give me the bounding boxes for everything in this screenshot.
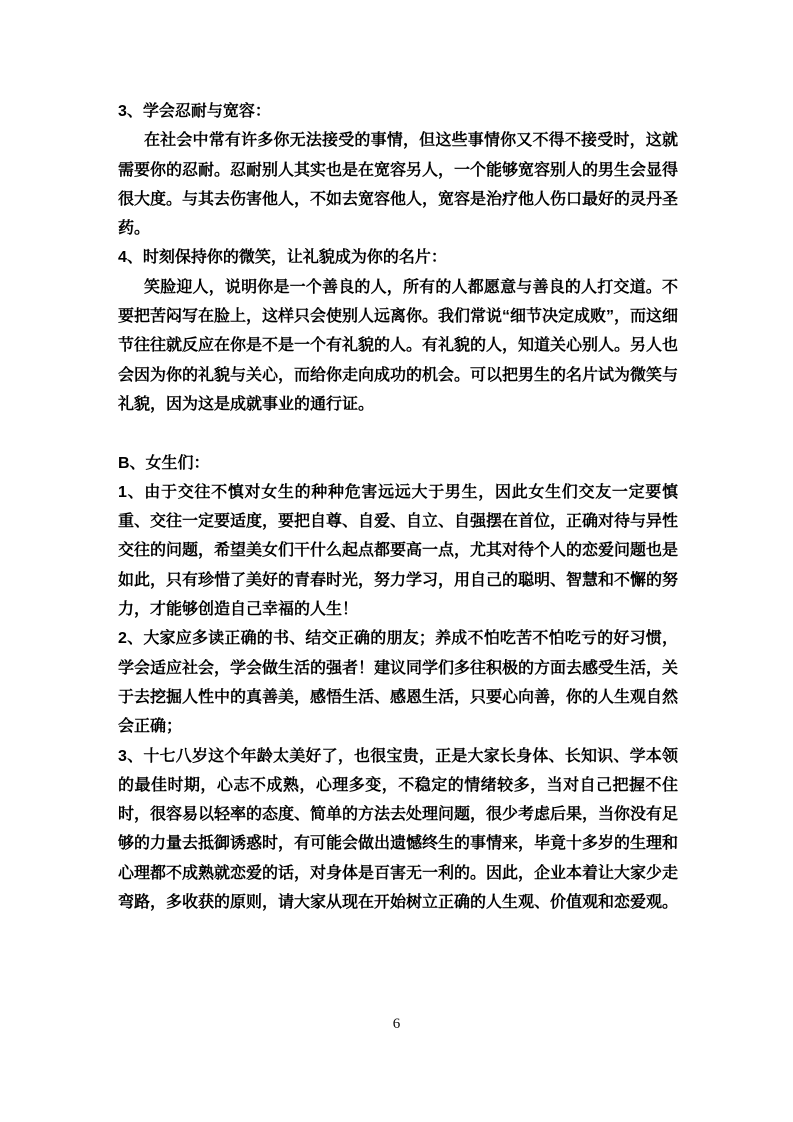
- document-body: 3、学会忍耐与宽容： 在社会中常有许多你无法接受的事情，但这些事情你又不得不接受…: [118, 97, 678, 917]
- page-number: 6: [0, 1016, 793, 1033]
- section-heading-3: 3、学会忍耐与宽容：: [118, 97, 678, 126]
- paragraph-section-4: 笑脸迎人，说明你是一个善良的人，所有的人都愿意与善良的人打交道。不要把苦闷写在脸…: [118, 273, 678, 419]
- paragraph-b-item-2: 2、大家应多读正确的书、结交正确的朋友；养成不怕吃苦不怕吃亏的好习惯，学会适应社…: [118, 624, 678, 741]
- section-heading-b-girls: B、女生们：: [118, 449, 678, 478]
- paragraph-b-item-3: 3、十七八岁这个年龄太美好了，也很宝贵，正是大家长身体、长知识、学本领的最佳时期…: [118, 742, 678, 918]
- paragraph-section-3: 在社会中常有许多你无法接受的事情，但这些事情你又不得不接受时，这就需要你的忍耐。…: [118, 126, 678, 243]
- section-heading-4: 4、时刻保持你的微笑，让礼貌成为你的名片：: [118, 243, 678, 272]
- document-page: 3、学会忍耐与宽容： 在社会中常有许多你无法接受的事情，但这些事情你又不得不接受…: [0, 0, 793, 1122]
- paragraph-b-item-1: 1、由于交往不慎对女生的种种危害远远大于男生，因此女生们交友一定要慎重、交往一定…: [118, 478, 678, 624]
- blank-line: [118, 419, 678, 448]
